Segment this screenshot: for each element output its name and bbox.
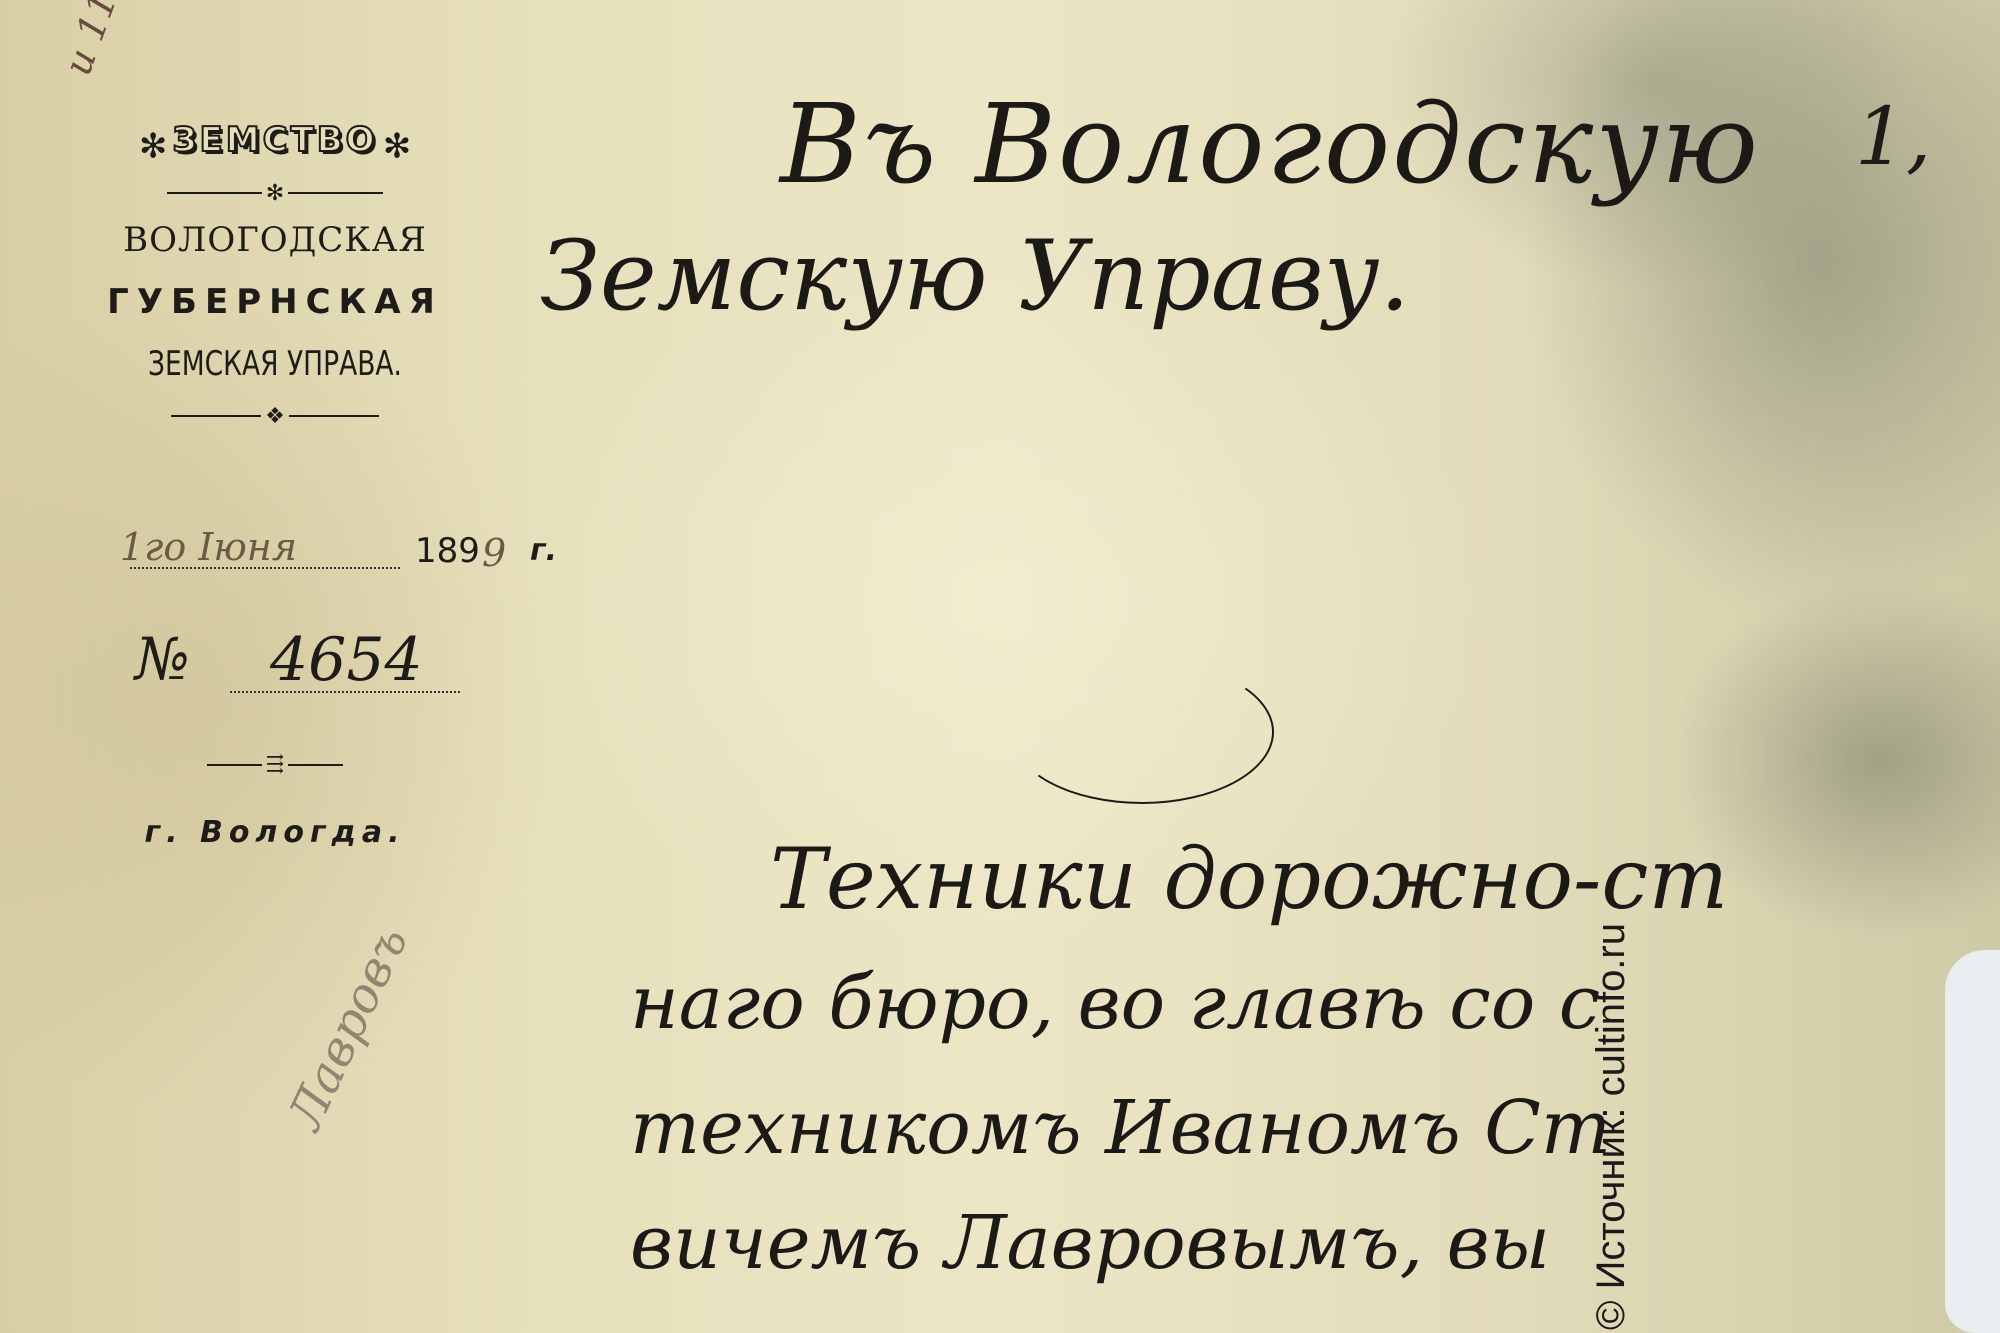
divider-line [288, 764, 343, 766]
star-ornament-icon: ✻ [383, 127, 412, 167]
letterhead-line-governorate: ГУБЕРНСКАЯ [40, 282, 510, 322]
letterhead-title-row: ✻ ЗЕМСТВО ✻ [40, 120, 510, 167]
date-year-suffix: г. [530, 533, 557, 568]
address-line-2: Земскую Управу. [540, 220, 1410, 332]
date-handwritten: 1го Іюня [120, 525, 297, 569]
torn-paper-edge [1945, 950, 2000, 1333]
letterhead-line-council: ЗЕМСКАЯ УПРАВА. [92, 344, 459, 384]
document-number-field: № 4654 [135, 625, 455, 705]
date-year-handwritten: 9 [482, 531, 506, 575]
date-year-printed: 189 [415, 531, 480, 571]
divider-ornament: ✻ [40, 181, 510, 206]
letterhead-line-province: ВОЛОГОДСКАЯ [40, 220, 510, 260]
address-line-1: Въ Вологодскую [780, 80, 1760, 208]
star-ornament-icon: ✻ [139, 127, 168, 167]
letterhead-title: ЗЕМСТВО [172, 120, 377, 160]
letterhead: ✻ ЗЕМСТВО ✻ ✻ ВОЛОГОДСКАЯ ГУБЕРНСКАЯ ЗЕМ… [40, 120, 510, 443]
flourish-ornament [1010, 660, 1274, 804]
date-field: 1го Іюня 189 9 г. [50, 525, 550, 585]
city-name: г. Вологда. [40, 815, 510, 850]
bar-ornament-icon: ⇶ [262, 752, 288, 777]
divider-line [207, 764, 262, 766]
date-dotted-line [130, 567, 400, 569]
body-line-1: Техники дорожно-ст [770, 830, 1728, 928]
divider-line [289, 415, 379, 417]
divider-ornament: ⇶ [40, 752, 510, 777]
star-ornament-icon: ✻ [262, 181, 288, 206]
margin-note: 1, [1855, 90, 1931, 183]
divider-line [171, 415, 261, 417]
pencil-note: Лавровъ [277, 918, 419, 1138]
divider-line [167, 192, 262, 194]
number-sign: № [135, 625, 190, 693]
body-line-3: техникомъ Иваномъ Ст [630, 1085, 1611, 1171]
body-line-2: наго бюро, во главѣ со с [630, 960, 1600, 1046]
source-watermark: © Источник: cultinfo.ru [1589, 923, 1634, 1330]
corner-pencil-mark: и 117 [55, 0, 134, 81]
document-number: 4654 [270, 625, 423, 695]
body-line-4: вичемъ Лавровымъ, вы [630, 1200, 1550, 1286]
divider-line [288, 192, 383, 194]
scroll-ornament-icon: ❖ [261, 404, 289, 429]
divider-ornament: ❖ [40, 404, 510, 429]
